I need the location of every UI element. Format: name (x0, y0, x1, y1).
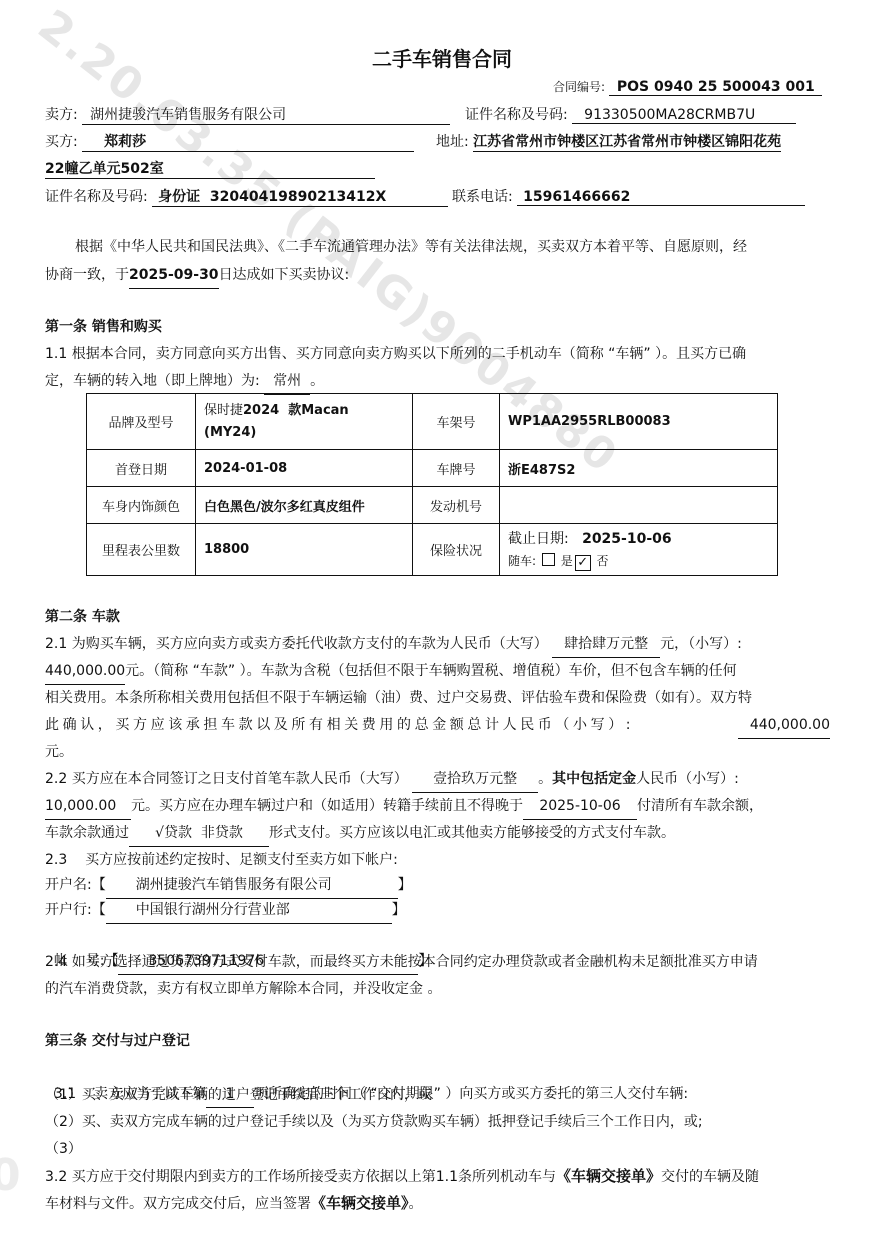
contract-number: 合同编号: POS 0940 25 500043 001 (553, 78, 822, 96)
buyer-label: 买方: (45, 134, 78, 150)
account-name-label: 开户名:【 (45, 877, 106, 893)
clause-text: 元。（简称 “车款” ）。车款为含税（包括但不限于车辆购置税、增值税）车价，但不… (125, 663, 736, 679)
phone-row: 联系电话: 15961466662 (452, 186, 805, 206)
clause-2-2-line3: 车款余款通过√贷款 非贷款形式支付。买方应该以电汇或其他卖方能够接受的方式支付车… (45, 820, 830, 847)
clause-2-4-line1: 2.4 如买方选择通过贷款的方式支付车款，而最终买方未能按本合同约定办理贷款或者… (45, 949, 830, 975)
seller-row: 卖方: 湖州捷骏汽车销售服务有限公司 (45, 104, 450, 125)
clause-text: 车材料与文件。双方完成交付后，应当签署 (45, 1196, 311, 1212)
seller-id-row: 证件名称及号码: 91330500MA28CRMB7U (465, 104, 796, 124)
clause-text: 2.2 买方应在本合同签订之日支付首笔车款人民币（大写） (45, 771, 408, 787)
clause-text: 元，（小写）: (660, 636, 742, 652)
preamble-text: 协商一致，于 (45, 267, 129, 283)
engine-label: 发动机号 (413, 487, 500, 524)
clause-2-3: 2.3 买方应按前述约定按时、足额支付至卖方如下帐户: (45, 847, 830, 873)
phone-label: 联系电话: (452, 189, 513, 205)
clause-text: 元。买方应在办理车辆过户和（如适用）转籍手续前且不得晚于 (131, 798, 523, 814)
insurance-with-car: 随车: 是✓ 否 (508, 550, 769, 572)
agreement-date: 2025-09-30 (129, 262, 219, 289)
seller-id-label: 证件名称及号码: (465, 107, 568, 123)
clause-2-1-line3: 相关费用。本条所称相关费用包括但不限于车辆运输（油）费、过户交易费、评估验车费和… (45, 685, 830, 711)
clause-2-4-line2: 的汽车消费贷款，卖方有权立即单方解除本合同，并没收定金 。 (45, 976, 830, 1002)
buyer-id-value: 身份证 32040419890213412X (152, 186, 448, 207)
clause-text: 交付的车辆及随 (661, 1169, 759, 1185)
clause-text: 人民币（小写）: (636, 771, 739, 787)
buyer-name: 郑莉莎 (82, 131, 414, 152)
no-checkbox-checked[interactable]: ✓ (575, 555, 591, 571)
seller-label: 卖方: (45, 107, 78, 123)
payment-method: √贷款 非贷款 (129, 820, 269, 847)
price-uppercase: 肆拾肆万元整 (552, 631, 660, 658)
clause-1-1-line2: 定，车辆的转入地（即上牌地）为: 常州。 (45, 368, 830, 395)
brand-prefix: 保时捷 (204, 403, 243, 418)
brand-model: 2024 款Macan (243, 403, 349, 418)
account-bank-label: 开户行:【 (45, 902, 106, 918)
destination-city: 常州 (264, 368, 310, 395)
table-row: 车身内饰颜色 白色黑色/波尔多红真皮组件 发动机号 (87, 487, 778, 524)
address-line2-row: 22幢乙单元502室 (45, 158, 375, 179)
phone-value: 15961466662 (517, 189, 805, 206)
payment-deadline: 2025-10-06 (523, 793, 637, 820)
vin-label: 车架号 (413, 394, 500, 450)
clause-text: 此确认，买方应该承担车款以及所有相关费用的总金额总计人民币（小写）: (45, 717, 634, 733)
handover-form-ref: 《车辆交接单》 (556, 1167, 661, 1185)
seller-name: 湖州捷骏汽车销售服务有限公司 (82, 104, 450, 125)
first-reg-label: 首登日期 (87, 450, 196, 487)
document-title: 二手车销售合同 (0, 43, 884, 72)
buyer-id-label: 证件名称及号码: (45, 189, 148, 205)
preamble-text: 日达成如下买卖协议: (219, 267, 350, 283)
clause-text: 2.1 为购买车辆，买方应向卖方或卖方委托代收款方支付的车款为人民币（大写） (45, 636, 548, 652)
account-bank-row: 开户行:【中国银行湖州分行营业部】 (45, 897, 830, 924)
handover-form-ref: 《车辆交接单》 (311, 1194, 409, 1212)
table-row: 首登日期 2024-01-08 车牌号 浙E487S2 (87, 450, 778, 487)
insurance-expiry-label: 截止日期: (508, 531, 569, 547)
article2-heading: 第二条 车款 (45, 604, 830, 630)
mileage-value: 18800 (196, 524, 413, 576)
article1-heading: 第一条 销售和购买 (45, 314, 830, 340)
clause-text: 3.2 买方应于交付期限内到卖方的工作场所接受卖方依据以上第1.1条所列机动车与 (45, 1169, 556, 1185)
clause-text: 。 (310, 373, 324, 389)
delivery-option-1: （1）买、卖双方完成车辆的过户登记手续后三个工作日内，或 (45, 1082, 830, 1108)
insurance-label: 保险状况 (413, 524, 500, 576)
insurance-expiry: 截止日期: 2025-10-06 (508, 528, 769, 550)
clause-text: 车款余款通过 (45, 825, 129, 841)
account-name-value: 湖州捷骏汽车销售服务有限公司 (106, 872, 398, 899)
deposit-emphasis: 其中包括定金 (552, 771, 636, 787)
price-lowercase: 440,000.00 (45, 658, 125, 685)
address-line2: 22幢乙单元502室 (45, 158, 375, 179)
delivery-option-3: （3） (45, 1136, 830, 1162)
clause-3-2-line2: 车材料与文件。双方完成交付后，应当签署《车辆交接单》。 (45, 1190, 830, 1217)
address-line1: 江苏省常州市钟楼区江苏省常州市钟楼区锦阳花苑 (473, 131, 781, 152)
table-row: 里程表公里数 18800 保险状况 截止日期: 2025-10-06 随车: 是… (87, 524, 778, 576)
deposit-amount: 10,000.00 (45, 793, 131, 820)
article3-heading: 第三条 交付与过户登记 (45, 1028, 830, 1054)
watermark-fragment: 0 (0, 1150, 21, 1201)
vehicle-info-table: 品牌及型号 保时捷2024 款Macan(MY24) 车架号 WP1AA2955… (86, 393, 778, 576)
bracket: 】 (398, 877, 412, 893)
contract-number-label: 合同编号: (553, 80, 605, 94)
delivery-option-2: （2）买、卖双方完成车辆的过户登记手续以及（为买方贷款购买车辆）抵押登记手续后三… (45, 1109, 830, 1135)
contract-number-value: POS 0940 25 500043 001 (609, 79, 822, 96)
bracket: 】 (392, 902, 406, 918)
clause-text: 。 (538, 771, 552, 787)
account-bank-value: 中国银行湖州分行营业部 (106, 897, 392, 924)
with-car-label: 随车: (508, 554, 536, 568)
address-row: 地址: 江苏省常州市钟楼区江苏省常州市钟楼区锦阳花苑 (436, 131, 781, 152)
engine-value (500, 487, 778, 524)
color-label: 车身内饰颜色 (87, 487, 196, 524)
insurance-expiry-date: 2025-10-06 (582, 531, 672, 547)
clause-2-1-line5: 元。 (45, 739, 830, 765)
preamble-line1: 根据《中华人民共和国民法典》、《二手车流通管理办法》等有关法律法规，买卖双方本着… (45, 234, 830, 260)
total-amount: 440,000.00 (738, 712, 830, 739)
clause-text: 定，车辆的转入地（即上牌地）为: (45, 373, 260, 389)
brand-model-year: (MY24) (204, 425, 256, 440)
clause-1-1-line1: 1.1 根据本合同，卖方同意向买方出售、买方同意向卖方购买以下所列的二手机动车（… (45, 341, 830, 367)
plate-value: 浙E487S2 (500, 450, 778, 487)
clause-2-1-line2: 440,000.00元。（简称 “车款” ）。车款为含税（包括但不限于车辆购置税… (45, 658, 830, 685)
clause-3-2-line1: 3.2 买方应于交付期限内到卖方的工作场所接受卖方依据以上第1.1条所列机动车与… (45, 1163, 830, 1190)
buyer-id-row: 证件名称及号码: 身份证 32040419890213412X (45, 186, 448, 207)
clause-2-2-line1: 2.2 买方应在本合同签订之日支付首笔车款人民币（大写） 壹拾玖万元整。其中包括… (45, 766, 830, 793)
preamble-line2: 协商一致，于2025-09-30日达成如下买卖协议: (45, 262, 830, 289)
mileage-label: 里程表公里数 (87, 524, 196, 576)
no-label: 否 (597, 554, 609, 568)
first-reg-value: 2024-01-08 (196, 450, 413, 487)
table-row: 品牌及型号 保时捷2024 款Macan(MY24) 车架号 WP1AA2955… (87, 394, 778, 450)
brand-value: 保时捷2024 款Macan(MY24) (196, 394, 413, 450)
insurance-value: 截止日期: 2025-10-06 随车: 是✓ 否 (500, 524, 778, 576)
clause-2-1-line4: 此确认，买方应该承担车款以及所有相关费用的总金额总计人民币（小写）: 440,0… (45, 712, 830, 738)
down-payment-uppercase: 壹拾玖万元整 (412, 766, 538, 793)
clause-text: 形式支付。买方应该以电汇或其他卖方能够接受的方式支付车款。 (269, 825, 675, 841)
buyer-row: 买方: 郑莉莎 (45, 131, 414, 152)
clause-text: 付清所有车款余额， (637, 798, 763, 814)
seller-id-value: 91330500MA28CRMB7U (572, 107, 796, 124)
clause-2-2-line2: 10,000.00元。买方应在办理车辆过户和（如适用）转籍手续前且不得晚于202… (45, 793, 830, 820)
yes-checkbox[interactable] (542, 553, 555, 566)
yes-label: 是 (561, 554, 573, 568)
clause-text: 。 (409, 1196, 423, 1212)
clause-2-1-line1: 2.1 为购买车辆，买方应向卖方或卖方委托代收款方支付的车款为人民币（大写） 肆… (45, 631, 830, 658)
address-label: 地址: (436, 134, 469, 150)
plate-label: 车牌号 (413, 450, 500, 487)
color-value: 白色黑色/波尔多红真皮组件 (196, 487, 413, 524)
account-name-row: 开户名:【湖州捷骏汽车销售服务有限公司】 (45, 872, 830, 899)
vin-value: WP1AA2955RLB00083 (500, 394, 778, 450)
brand-label: 品牌及型号 (87, 394, 196, 450)
